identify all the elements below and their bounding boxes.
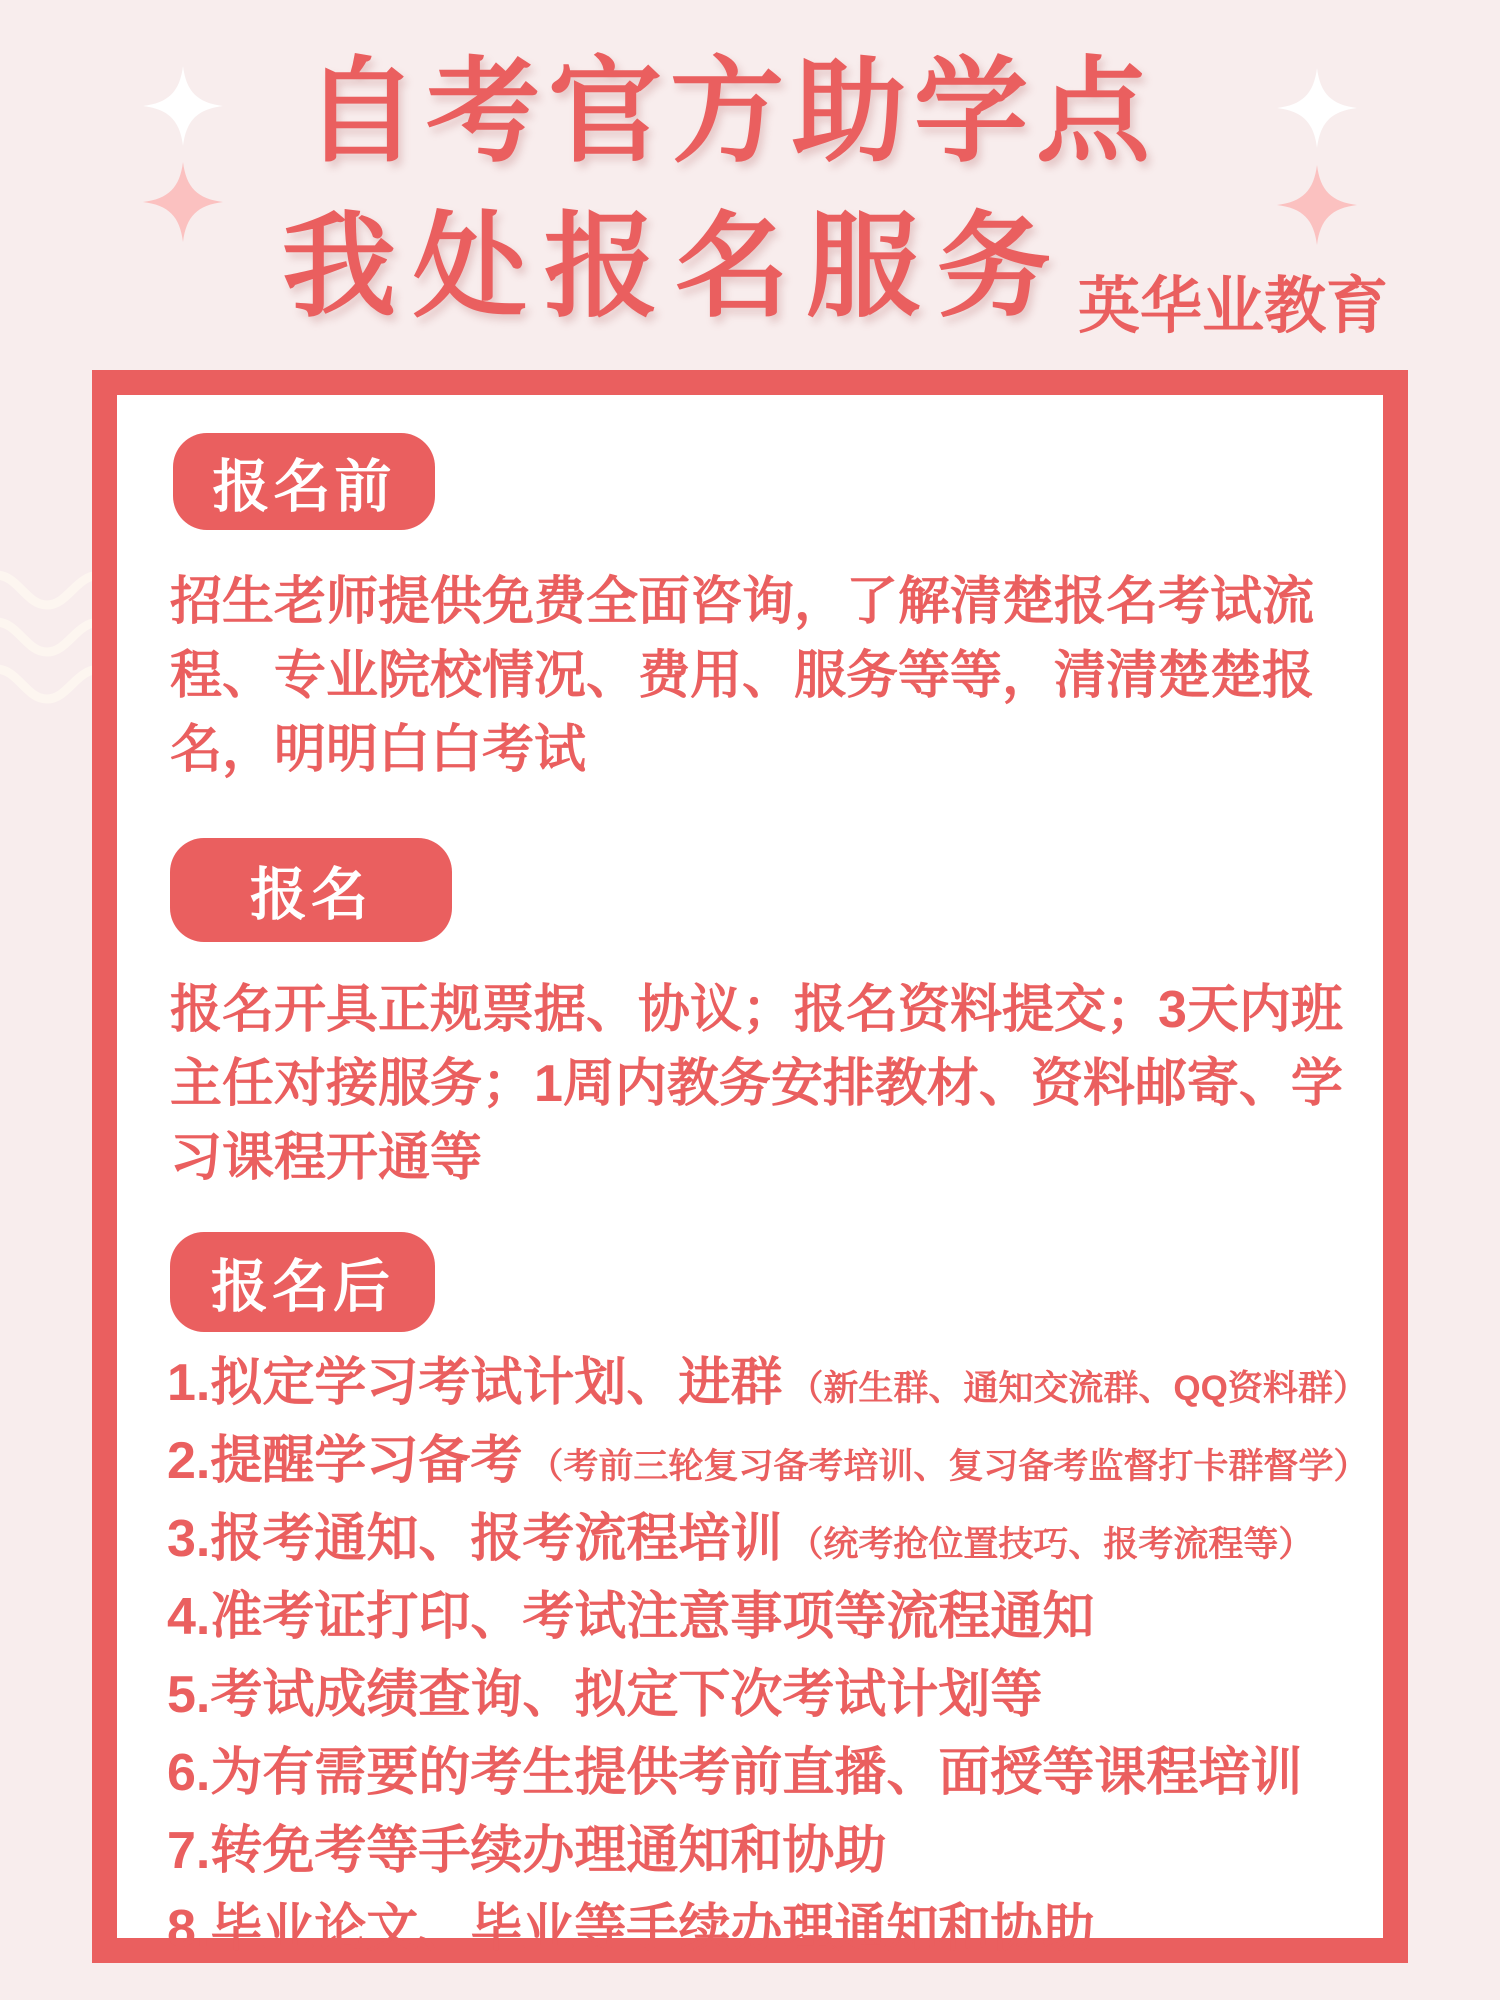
list-item-text: 7.转免考等手续办理通知和协助	[167, 1822, 886, 1880]
badge-before-signup: 报名前	[173, 433, 435, 530]
list-item-text: 4.准考证打印、考试注意事项等流程通知	[167, 1588, 1094, 1646]
sparkle-star-icon	[143, 66, 223, 146]
list-item-note: （新生群、通知交流群、QQ资料群）	[788, 1369, 1367, 1408]
badge-signup: 报名	[170, 838, 452, 942]
after-signup-service-list: 1.拟定学习考试计划、进群（新生群、通知交流群、QQ资料群） 2.提醒学习备考（…	[167, 1347, 1397, 1971]
list-item: 1.拟定学习考试计划、进群（新生群、通知交流群、QQ资料群）	[167, 1347, 1397, 1425]
signup-text: 报名开具正规票据、协议；报名资料提交；3天内班主任对接服务；1周内教务安排教材、…	[170, 973, 1355, 1195]
badge-before-signup-label: 报名前	[213, 441, 396, 523]
poster-page: 自考官方助学点 我处报名服务 英华业教育 报名前 招生老师提供免费全面咨询，了解…	[0, 0, 1500, 2000]
before-signup-text: 招生老师提供免费全面咨询，了解清楚报名考试流程、专业院校情况、费用、服务等等，清…	[170, 565, 1355, 787]
sparkle-star-icon	[1277, 68, 1357, 148]
page-title-line1: 自考官方助学点	[304, 56, 1158, 170]
list-item-text: 6.为有需要的考生提供考前直播、面授等课程培训	[167, 1744, 1302, 1802]
badge-signup-label: 报名	[250, 849, 372, 931]
wave-decoration	[0, 566, 96, 716]
list-item-note: （考前三轮复习备考培训、复习备考监督打卡群督学）	[528, 1447, 1368, 1486]
badge-after-signup: 报名后	[170, 1232, 435, 1332]
list-item-text: 5.考试成绩查询、拟定下次考试计划等	[167, 1666, 1042, 1724]
list-item-text: 1.拟定学习考试计划、进群	[167, 1354, 782, 1412]
list-item-note: （统考抢位置技巧、报考流程等）	[788, 1525, 1313, 1564]
list-item-text: 3.报考通知、报考流程培训	[167, 1510, 782, 1568]
badge-after-signup-label: 报名后	[211, 1241, 394, 1323]
list-item: 5.考试成绩查询、拟定下次考试计划等	[167, 1659, 1397, 1737]
sparkle-star-icon	[1277, 165, 1357, 245]
page-title-line2: 我处报名服务	[282, 211, 1068, 325]
list-item-text: 2.提醒学习备考	[167, 1432, 522, 1490]
brand-name: 英华业教育	[1078, 276, 1388, 338]
list-item: 6.为有需要的考生提供考前直播、面授等课程培训	[167, 1737, 1397, 1815]
list-item: 3.报考通知、报考流程培训（统考抢位置技巧、报考流程等）	[167, 1503, 1397, 1581]
list-item: 2.提醒学习备考（考前三轮复习备考培训、复习备考监督打卡群督学）	[167, 1425, 1397, 1503]
list-item: 4.准考证打印、考试注意事项等流程通知	[167, 1581, 1397, 1659]
list-item-text: 8.毕业论文、毕业等手续办理通知和协助	[167, 1900, 1094, 1958]
list-item: 7.转免考等手续办理通知和协助	[167, 1815, 1397, 1893]
sparkle-star-icon	[143, 162, 223, 242]
list-item: 8.毕业论文、毕业等手续办理通知和协助	[167, 1893, 1397, 1971]
